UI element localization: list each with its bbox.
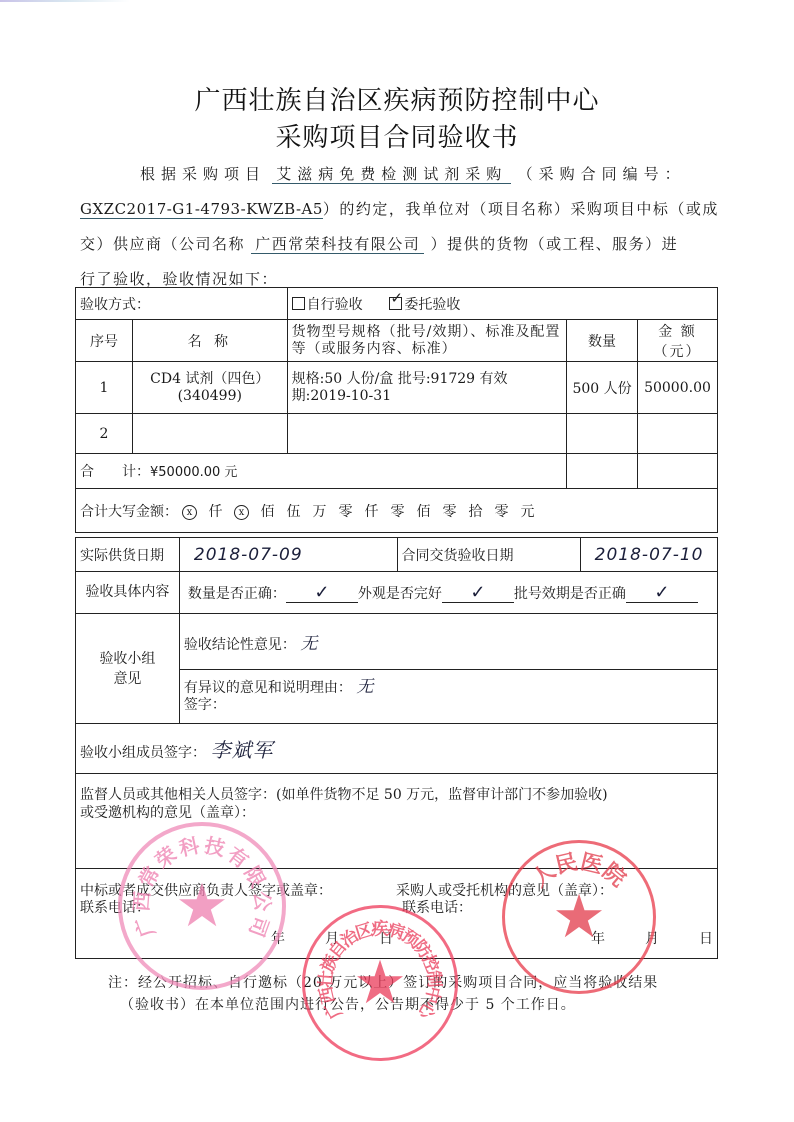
checkbox-checked-icon[interactable] <box>389 297 402 310</box>
total-uppercase-label: 合计大写金额： <box>80 504 178 520</box>
footnote-line-2: （验收书）在本单位范围内进行公告，公告期不得少于 5 个工作日。 <box>120 994 720 1016</box>
objection-label: 有异议的意见和说明理由： <box>184 680 352 696</box>
scan-edge-artifact <box>0 0 130 2</box>
buyer-signoff: 采购人或受托机构的意见（盖章）： 联系电话： <box>396 883 613 917</box>
day-label: 日 <box>379 931 393 947</box>
intro-text: 根据采购项目 <box>140 165 266 183</box>
entrusted-acceptance-option[interactable]: 委托验收 <box>389 297 460 313</box>
total-uppercase-row: 合计大写金额： x仟x佰伍万零仟零佰零拾零元 <box>76 489 718 533</box>
objection-value[interactable]: 无 <box>356 677 374 697</box>
signoff-cell: 中标或者成交供应商负责人签字或盖章： 联系电话： 采购人或受托机构的意见（盖章）… <box>76 869 718 959</box>
amount-char: 伍 <box>286 504 301 520</box>
month-label: 月 <box>325 931 339 947</box>
signoff-row: 中标或者成交供应商负责人签字或盖章： 联系电话： 采购人或受托机构的意见（盖章）… <box>76 869 718 959</box>
conclusion-label: 验收结论性意见： <box>184 637 296 653</box>
footnote-line-1: 注：经公开招标、自行邀标（20 万元以上）签订的采购项目合同，应当将验收结果 <box>108 972 708 994</box>
total-row: 合 计：¥50000.00 元 <box>76 454 718 489</box>
contract-date-label: 合同交货验收日期 <box>397 538 581 572</box>
amount-char: 零 <box>442 504 457 520</box>
contract-number-field[interactable]: GXZC2017-G1-4793-KWZB-A5 <box>80 200 323 219</box>
intro-line-2: GXZC2017-G1-4793-KWZB-A5）的约定，我单位对（项目名称）采… <box>80 192 720 227</box>
item-name: CD4 试剂（四色） <box>137 371 283 388</box>
amount-char: 佰 <box>260 504 275 520</box>
day-label: 日 <box>699 931 713 947</box>
supplier-signoff-label: 中标或者成交供应商负责人签字或盖章： <box>80 883 396 900</box>
supplier-phone-label: 联系电话： <box>80 900 396 917</box>
acceptance-method-label: 验收方式： <box>76 288 288 320</box>
row-amount: 50000.00 <box>637 362 717 414</box>
acceptance-detail-table: 实际供货日期 2018-07-09 合同交货验收日期 2018-07-10 验收… <box>75 537 718 959</box>
year-label: 年 <box>591 931 605 947</box>
table-row: 2 <box>76 414 718 454</box>
col-header-spec: 货物型号规格（批号/效期）、标准及配置等（或服务内容、标准） <box>287 320 566 362</box>
dates-row: 实际供货日期 2018-07-09 合同交货验收日期 2018-07-10 <box>76 538 718 572</box>
option-label: 委托验收 <box>404 297 460 313</box>
supervisor-row: 监督人员或其他相关人员签字：(如单件货物不足 50 万元，监督审计部门不参加验收… <box>76 774 718 869</box>
supplier-date: 年月日 <box>271 931 393 948</box>
items-header-row: 序号 名 称 货物型号规格（批号/效期）、标准及配置等（或服务内容、标准） 数量… <box>76 320 718 362</box>
intro-paragraph: 根据采购项目 艾滋病免费检测试剂采购 （采购合同编号： GXZC2017-G1-… <box>80 157 720 297</box>
col-header-qty: 数量 <box>567 320 638 362</box>
group-opinion-label: 验收小组意见 <box>76 614 180 724</box>
amount-char: 万 <box>312 504 327 520</box>
intro-text: 交）供应商（公司名称 <box>80 235 245 253</box>
intro-text: ）提供的货物（或工程、服务）进 <box>431 235 679 253</box>
appearance-check-mark[interactable]: ✓ <box>442 584 514 603</box>
objection-cell: 有异议的意见和说明理由： 无 签字： <box>179 670 717 724</box>
row-spec: 规格:50 人份/盒 批号:91729 有效期:2019-10-31 <box>287 362 566 414</box>
acceptance-method-row: 验收方式： 自行验收 委托验收 <box>76 288 718 320</box>
quantity-check-label: 数量是否正确： <box>188 586 286 602</box>
col-header-amount: 金 额（元） <box>637 320 717 362</box>
amount-char: 佰 <box>416 504 431 520</box>
row-amount <box>637 414 717 454</box>
sign-label: 签字： <box>184 697 713 714</box>
total-value: ¥50000.00 元 <box>150 465 237 480</box>
intro-text: ）的约定，我单位对（项目名称）采购项目中标（或成 <box>323 200 719 218</box>
inspection-label: 验收具体内容 <box>76 572 180 614</box>
appearance-check-label: 外观是否完好 <box>358 586 442 602</box>
total-amount-cell <box>637 454 717 489</box>
batch-check-label: 批号效期是否正确 <box>514 586 626 602</box>
total-qty-cell <box>567 454 638 489</box>
total-uppercase-value: x仟x佰伍万零仟零佰零拾零元 <box>182 504 546 520</box>
intro-line-3: 交）供应商（公司名称 广西常荣科技有限公司 ）提供的货物（或工程、服务）进 <box>80 227 720 262</box>
members-signature[interactable]: 李斌军 <box>210 738 273 762</box>
intro-text: （采购合同编号： <box>518 165 686 183</box>
members-sign-row: 验收小组成员签字： 李斌军 <box>76 724 718 774</box>
year-label: 年 <box>271 931 285 947</box>
inspection-content: 数量是否正确：✓外观是否完好✓批号效期是否正确✓ <box>179 572 717 614</box>
total-label: 合 计： <box>80 464 150 480</box>
option-label: 自行验收 <box>307 297 363 313</box>
conclusion-value[interactable]: 无 <box>300 634 318 654</box>
crossed-circle-icon: x <box>182 505 197 520</box>
checkbox-unchecked-icon[interactable] <box>292 297 305 310</box>
self-acceptance-option[interactable]: 自行验收 <box>292 297 363 313</box>
row-name <box>132 414 287 454</box>
batch-check-mark[interactable]: ✓ <box>626 584 698 603</box>
amount-char: 拾 <box>468 504 483 520</box>
supervisor-line-1: 监督人员或其他相关人员签字：(如单件货物不足 50 万元，监督审计部门不参加验收… <box>80 786 713 804</box>
row-qty: 500 人份 <box>567 362 638 414</box>
amount-char: 仟 <box>364 504 379 520</box>
row-name: CD4 试剂（四色） (340499) <box>132 362 287 414</box>
acceptance-form-table: 验收方式： 自行验收 委托验收 序号 名 称 货物型号规格（批号/效期）、标准及… <box>75 287 718 533</box>
supervisor-line-2: 或受邀机构的意见（盖章）： <box>80 804 713 822</box>
org-title: 广西壮族自治区疾病预防控制中心 <box>0 80 794 117</box>
row-no: 1 <box>76 362 133 414</box>
amount-char: 仟 <box>208 504 223 520</box>
crossed-circle-icon: x <box>234 505 249 520</box>
intro-line-1: 根据采购项目 艾滋病免费检测试剂采购 （采购合同编号： <box>80 157 720 192</box>
table-row: 1 CD4 试剂（四色） (340499) 规格:50 人份/盒 批号:9172… <box>76 362 718 414</box>
amount-char: 零 <box>494 504 509 520</box>
month-label: 月 <box>645 931 659 947</box>
total-uppercase-cell: 合计大写金额： x仟x佰伍万零仟零佰零拾零元 <box>76 489 718 533</box>
amount-char: 元 <box>520 504 535 520</box>
supervisor-cell: 监督人员或其他相关人员签字：(如单件货物不足 50 万元，监督审计部门不参加验收… <box>76 774 718 869</box>
contract-date-value[interactable]: 2018-07-10 <box>581 538 718 572</box>
actual-date-value[interactable]: 2018-07-09 <box>179 538 397 572</box>
amount-char: 零 <box>338 504 353 520</box>
conclusion-row: 验收小组意见 验收结论性意见： 无 <box>76 614 718 670</box>
quantity-check-mark[interactable]: ✓ <box>286 584 358 603</box>
actual-date-label: 实际供货日期 <box>76 538 180 572</box>
row-qty <box>567 414 638 454</box>
acceptance-method-options: 自行验收 委托验收 <box>287 288 717 320</box>
supplier-signoff: 中标或者成交供应商负责人签字或盖章： 联系电话： <box>80 883 396 917</box>
inspection-row: 验收具体内容 数量是否正确：✓外观是否完好✓批号效期是否正确✓ <box>76 572 718 614</box>
supplier-name-field[interactable]: 广西常荣科技有限公司 <box>251 235 424 254</box>
total-cell: 合 计：¥50000.00 元 <box>76 454 567 489</box>
conclusion-cell: 验收结论性意见： 无 <box>179 614 717 670</box>
buyer-date: 年月日 <box>591 931 713 948</box>
col-header-no: 序号 <box>76 320 133 362</box>
members-sign-cell: 验收小组成员签字： 李斌军 <box>76 724 718 774</box>
item-code: (340499) <box>137 388 283 405</box>
amount-char: 零 <box>390 504 405 520</box>
members-sign-label: 验收小组成员签字： <box>80 745 206 761</box>
buyer-signoff-label: 采购人或受托机构的意见（盖章）： <box>396 883 613 900</box>
doc-title: 采购项目合同验收书 <box>0 117 794 154</box>
buyer-phone-label: 联系电话： <box>396 900 613 917</box>
col-header-name: 名 称 <box>132 320 287 362</box>
row-no: 2 <box>76 414 133 454</box>
row-spec <box>287 414 566 454</box>
project-name-field[interactable]: 艾滋病免费检测试剂采购 <box>272 165 511 184</box>
